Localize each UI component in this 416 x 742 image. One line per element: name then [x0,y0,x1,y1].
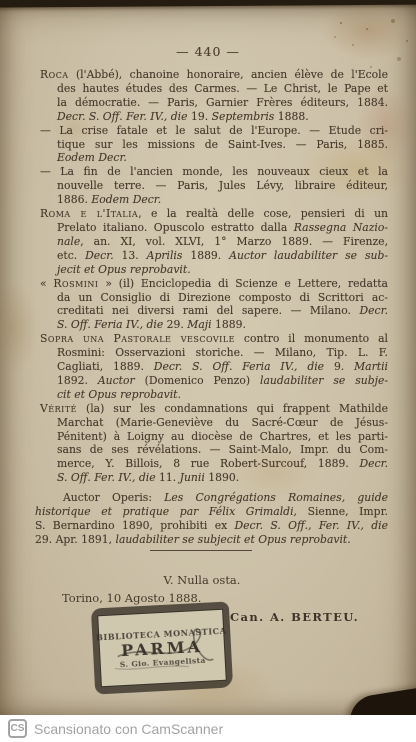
text-line: Pénitent) à Loigny au diocèse de Chartre… [40,430,388,444]
separator-rule [150,550,252,551]
text-line: Cagliati, 1889. Decr. S. Off. Feria IV.,… [40,360,388,374]
text-line: nale, an. XI, vol. XLVI, 1° Marzo 1889. … [40,235,388,249]
text-line: etc. Decr. 13. Aprilis 1889. Auctor laud… [40,249,388,263]
scanned-page: — 440 — Roca (l'Abbé), chanoine honorair… [0,0,416,715]
library-stamp: BIBLIOTECA MONASTICA PARMA S. Gio. Evang… [91,601,233,694]
handwritten-mark [98,610,225,686]
text-line: Roca (l'Abbé), chanoine honoraire, ancie… [40,68,388,82]
text-line: Eodem Decr. [40,151,388,165]
text-line: « Rosmini » (il) Enciclopedia di Scienze… [40,277,388,291]
text-line: nouvelle terre. — Paris, Jules Lévy, lib… [40,179,388,193]
place-date-line: Torino, 10 Agosto 1888. [62,591,201,605]
text-line: 1892. Auctor (Domenico Penzo) laudabilit… [40,374,388,388]
text-line: Decr. S. Off. Fer. IV., die 19. Septembr… [40,110,388,124]
camscanner-logo: CS [8,719,27,738]
text-line: S. Off. Fer. IV., die 11. Junii 1890. [40,471,388,485]
text-line: sans de ses révélations. — Saint-Malo, I… [40,443,388,457]
stamp-inner: BIBLIOTECA MONASTICA PARMA S. Gio. Evang… [97,609,227,687]
text-line: S. Bernardino 1890, prohibiti ex Decr. S… [35,519,388,533]
text-line: 1886. Eodem Decr. [40,193,388,207]
text-line: — La crise fatale et le salut de l'Europ… [40,124,388,138]
text-line: cit et Opus reprobavit. [40,388,388,402]
page-top-edge [0,0,416,8]
page-number: — 440 — [0,44,416,59]
text-block: Roca (l'Abbé), chanoine honoraire, ancie… [40,68,388,547]
camscanner-text: Scansionato con CamScanner [34,721,223,737]
camscanner-bar: CS Scansionato con CamScanner [0,715,416,742]
text-line: da un Consiglio di Direzione composto di… [40,291,388,305]
text-line: creditati nei diversi rami del sapere. —… [40,304,388,318]
text-line: Prelato italiano. Opuscolo estratto dall… [40,221,388,235]
text-line: Rosmini: Osservazioni storiche. — Milano… [40,346,388,360]
stain [0,282,40,374]
text-line: 29. Apr. 1891, laudabiliter se subjecit … [35,533,388,547]
text-line: Auctor Operis: Les Congrégations Romaine… [35,491,388,505]
text-line: Vérité (la) sur les condamnations qui fr… [40,402,388,416]
text-line: Marchat (Marie-Geneviève du Sacré-Cœur d… [40,416,388,430]
text-line: la démocratie. — Paris, Garnier Frères é… [40,96,388,110]
text-line: Roma e l'Italia, e la realtà delle cose,… [40,207,388,221]
text-line: jecit et Opus reprobavit. [40,263,388,277]
text-line: historique et pratique par Félix Grimald… [35,505,388,519]
page-corner-shadow [346,687,416,715]
ink-specks [340,22,342,24]
signature-line: Can. A. BERTEU. [230,610,359,624]
text-line: tique sur les missions de Saint-Ives. — … [40,138,388,152]
text-line: merce, Y. Billois, 8 rue Robert-Surcouf,… [40,457,388,471]
text-line: Sopra una Pastorale vescovile contro il … [40,332,388,346]
text-line: S. Off. Feria IV., die 29. Maji 1889. [40,318,388,332]
nulla-osta-line: V. Nulla osta. [0,573,404,587]
text-line: — La fin de l'ancien monde, les nouveaux… [40,165,388,179]
text-line: des hautes études des Carmes. — Le Chris… [40,82,388,96]
